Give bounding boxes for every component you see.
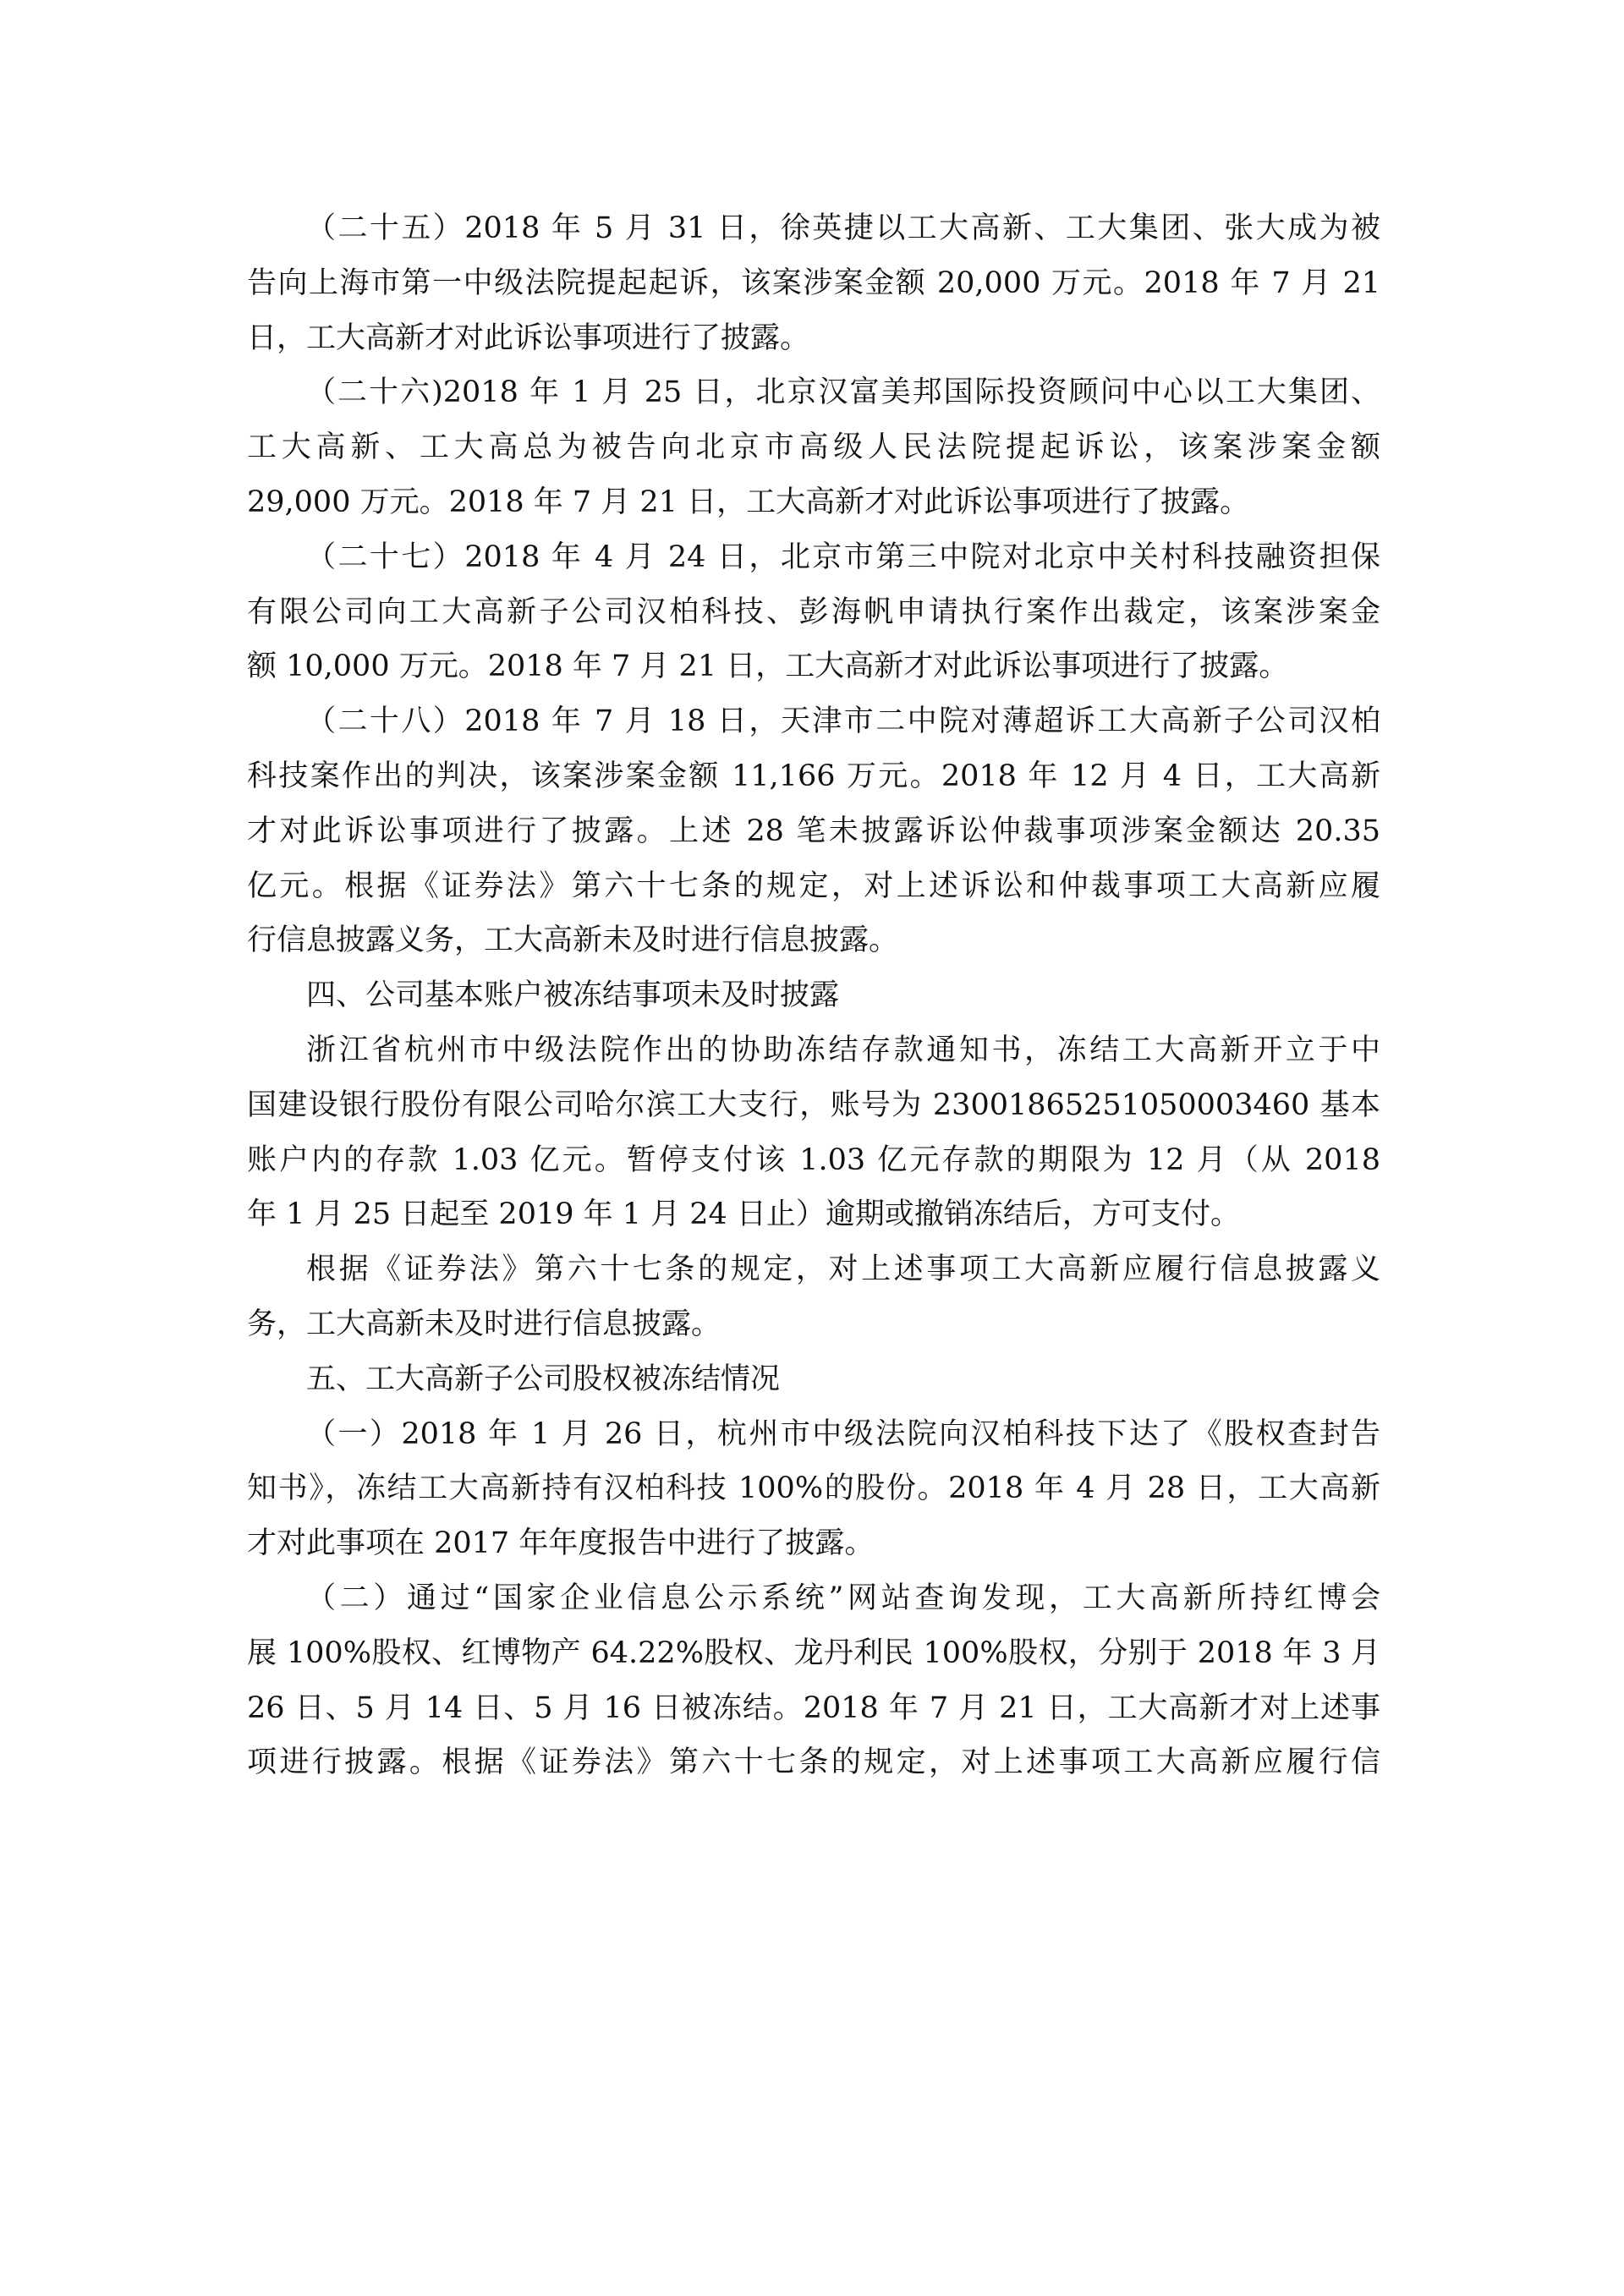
section-heading-4: 四、公司基本账户被冻结事项未及时披露 xyxy=(247,968,1380,1023)
paragraph-item-25: （二十五）2018 年 5 月 31 日，徐英捷以工大高新、工大集团、张大成为被… xyxy=(247,201,1380,365)
paragraph-item-2: （二）通过“国家企业信息公示系统”网站查询发现，工大高新所持红博会 展 100%… xyxy=(247,1571,1380,1790)
paragraph-item-27: （二十七）2018 年 4 月 24 日，北京市第三中院对北京中关村科技融资担保… xyxy=(247,530,1380,694)
text-line: 账户内的存款 1.03 亿元。暂停支付该 1.03 亿元存款的期限为 12 月（… xyxy=(247,1133,1380,1188)
text-line: 科技案作出的判决，该案涉案金额 11,166 万元。2018 年 12 月 4 … xyxy=(247,749,1380,804)
heading-text: 四、公司基本账户被冻结事项未及时披露 xyxy=(247,968,1380,1023)
text-line: 26 日、5 月 14 日、5 月 16 日被冻结。2018 年 7 月 21 … xyxy=(247,1681,1380,1736)
text-line: 日，工大高新才对此诉讼事项进行了披露。 xyxy=(247,311,1380,366)
text-line: （一）2018 年 1 月 26 日，杭州市中级法院向汉柏科技下达了《股权查封告 xyxy=(247,1407,1380,1462)
text-line: 有限公司向工大高新子公司汉柏科技、彭海帆申请执行案作出裁定，该案涉案金 xyxy=(247,585,1380,640)
text-line: 29,000 万元。2018 年 7 月 21 日，工大高新才对此诉讼事项进行了… xyxy=(247,475,1380,530)
text-line: 行信息披露义务，工大高新未及时进行信息披露。 xyxy=(247,913,1380,968)
text-line: 展 100%股权、红博物产 64.22%股权、龙丹利民 100%股权，分别于 2… xyxy=(247,1626,1380,1681)
text-line: 工大高新、工大高总为被告向北京市高级人民法院提起诉讼，该案涉案金额 xyxy=(247,420,1380,475)
text-line: 国建设银行股份有限公司哈尔滨工大支行，账号为 23001865251050003… xyxy=(247,1078,1380,1133)
text-line: （二十八）2018 年 7 月 18 日，天津市二中院对薄超诉工大高新子公司汉柏 xyxy=(247,694,1380,749)
text-line: （二）通过“国家企业信息公示系统”网站查询发现，工大高新所持红博会 xyxy=(247,1571,1380,1626)
text-line: 根据《证券法》第六十七条的规定，对上述事项工大高新应履行信息披露义 xyxy=(247,1242,1380,1297)
heading-text: 五、工大高新子公司股权被冻结情况 xyxy=(247,1352,1380,1407)
section-heading-5: 五、工大高新子公司股权被冻结情况 xyxy=(247,1352,1380,1407)
text-line: 亿元。根据《证券法》第六十七条的规定，对上述诉讼和仲裁事项工大高新应履 xyxy=(247,859,1380,914)
text-line: （二十六)2018 年 1 月 25 日，北京汉富美邦国际投资顾问中心以工大集团… xyxy=(247,365,1380,420)
text-line: （二十七）2018 年 4 月 24 日，北京市第三中院对北京中关村科技融资担保 xyxy=(247,530,1380,585)
paragraph-item-1: （一）2018 年 1 月 26 日，杭州市中级法院向汉柏科技下达了《股权查封告… xyxy=(247,1407,1380,1571)
text-line: 浙江省杭州市中级法院作出的协助冻结存款通知书，冻结工大高新开立于中 xyxy=(247,1023,1380,1078)
paragraph-frozen-account: 浙江省杭州市中级法院作出的协助冻结存款通知书，冻结工大高新开立于中 国建设银行股… xyxy=(247,1023,1380,1242)
paragraph-item-26: （二十六)2018 年 1 月 25 日，北京汉富美邦国际投资顾问中心以工大集团… xyxy=(247,365,1380,529)
text-line: 项进行披露。根据《证券法》第六十七条的规定，对上述事项工大高新应履行信 xyxy=(247,1735,1380,1790)
text-line: 才对此诉讼事项进行了披露。上述 28 笔未披露诉讼仲裁事项涉案金额达 20.35 xyxy=(247,804,1380,859)
paragraph-law-basis: 根据《证券法》第六十七条的规定，对上述事项工大高新应履行信息披露义 务，工大高新… xyxy=(247,1242,1380,1352)
text-line: 额 10,000 万元。2018 年 7 月 21 日，工大高新才对此诉讼事项进… xyxy=(247,639,1380,694)
document-page: （二十五）2018 年 5 月 31 日，徐英捷以工大高新、工大集团、张大成为被… xyxy=(247,201,1380,1790)
paragraph-item-28: （二十八）2018 年 7 月 18 日，天津市二中院对薄超诉工大高新子公司汉柏… xyxy=(247,694,1380,968)
text-line: （二十五）2018 年 5 月 31 日，徐英捷以工大高新、工大集团、张大成为被 xyxy=(247,201,1380,256)
text-line: 才对此事项在 2017 年年度报告中进行了披露。 xyxy=(247,1516,1380,1571)
text-line: 知书》，冻结工大高新持有汉柏科技 100%的股份。2018 年 4 月 28 日… xyxy=(247,1461,1380,1516)
text-line: 年 1 月 25 日起至 2019 年 1 月 24 日止）逾期或撤销冻结后，方… xyxy=(247,1187,1380,1242)
text-line: 告向上海市第一中级法院提起起诉，该案涉案金额 20,000 万元。2018 年 … xyxy=(247,256,1380,311)
text-line: 务，工大高新未及时进行信息披露。 xyxy=(247,1297,1380,1352)
